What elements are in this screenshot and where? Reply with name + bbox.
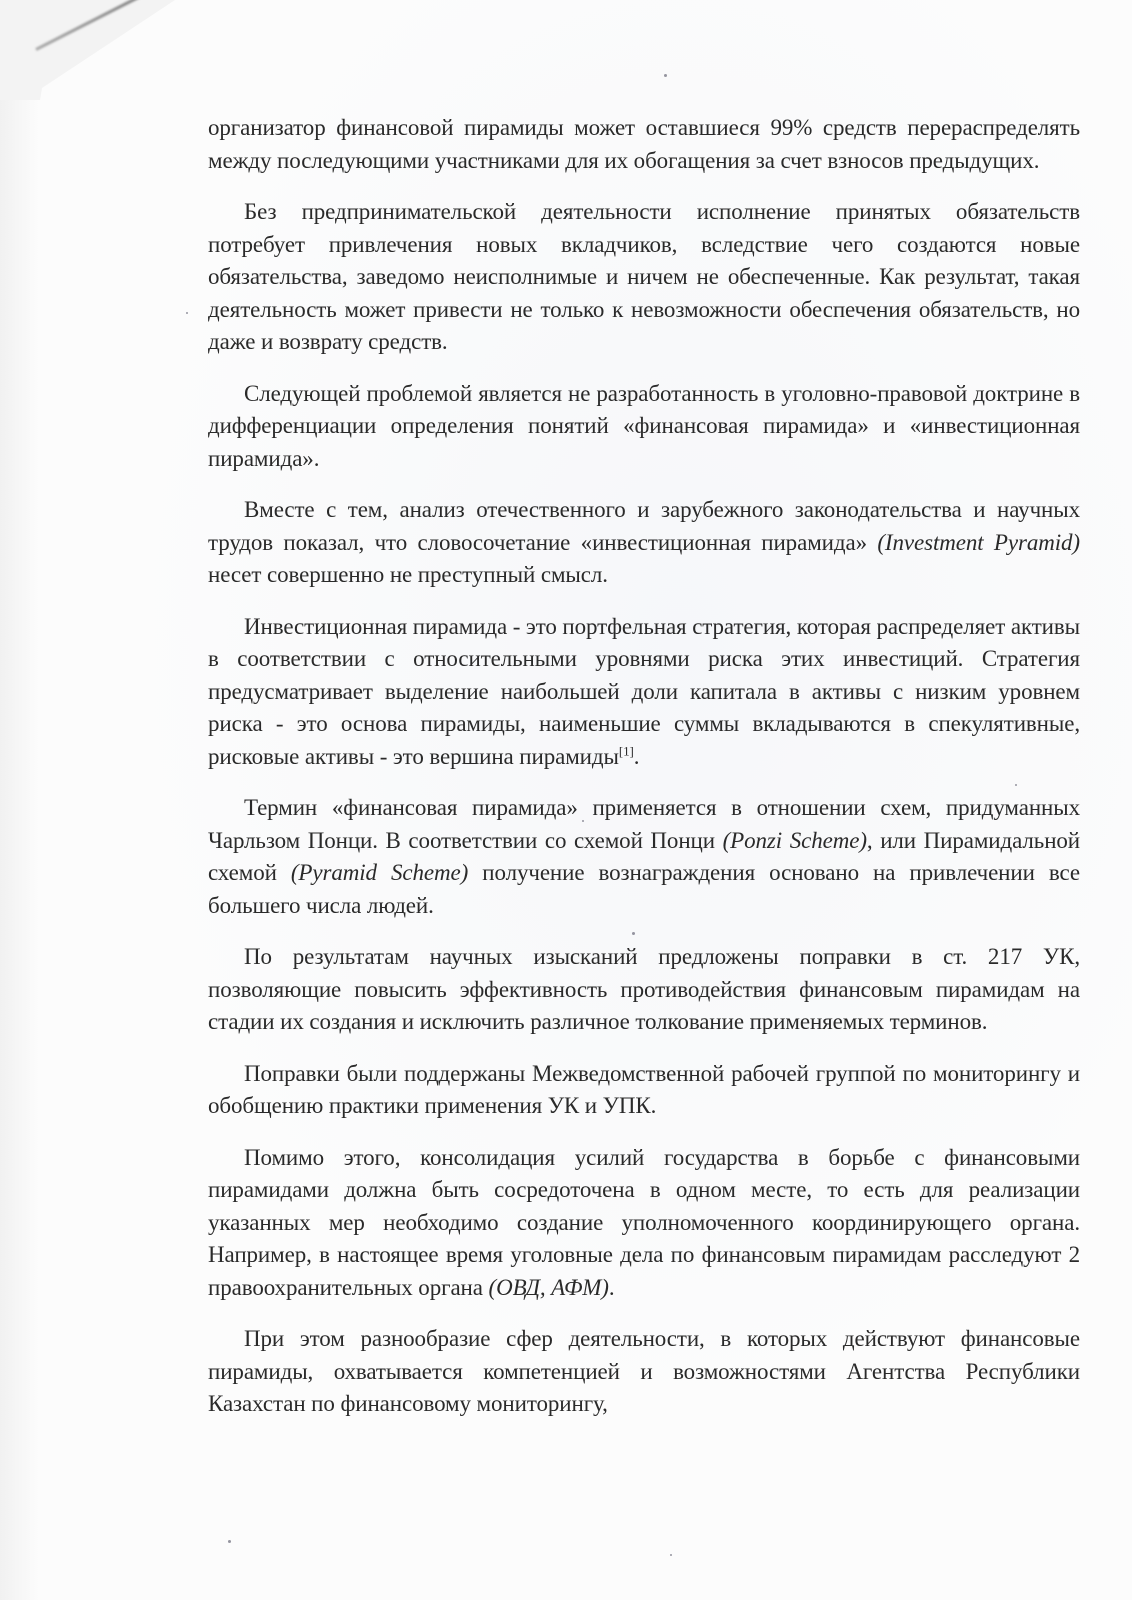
paragraph-text: . xyxy=(634,744,640,769)
scan-speck xyxy=(664,74,667,77)
scan-speck xyxy=(228,1540,231,1543)
page-edge-shadow xyxy=(0,85,40,1600)
scan-speck xyxy=(186,312,188,314)
paragraph-text: несет совершенно не преступный смысл. xyxy=(208,562,608,587)
paragraph-text: Поправки были поддержаны Межведомственно… xyxy=(208,1061,1080,1119)
paragraph-text: Следующей проблемой является не разработ… xyxy=(208,381,1080,471)
paragraph: Инвестиционная пирамида - это портфельна… xyxy=(208,611,1080,774)
paragraph: Поправки были поддержаны Межведомственно… xyxy=(208,1058,1080,1123)
english-term: (Pyramid Scheme) xyxy=(291,860,468,885)
paragraph-text: Без предпринимательской деятельности исп… xyxy=(208,199,1080,354)
paragraph-text: При этом разнообразие сфер деятельности,… xyxy=(208,1326,1080,1416)
scan-speck xyxy=(582,820,584,822)
footnote-reference: [1] xyxy=(619,743,634,758)
document-body: организатор финансовой пирамиды может ос… xyxy=(208,112,1080,1440)
paragraph: организатор финансовой пирамиды может ос… xyxy=(208,112,1080,177)
scanned-page: организатор финансовой пирамиды может ос… xyxy=(0,0,1132,1600)
scan-speck xyxy=(632,932,635,935)
paragraph-text: организатор финансовой пирамиды может ос… xyxy=(208,115,1080,173)
english-term: (Investment Pyramid) xyxy=(877,530,1080,555)
scan-speck xyxy=(1015,784,1017,786)
paragraph: Вместе с тем, анализ отечественного и за… xyxy=(208,494,1080,592)
paragraph: По результатам научных изысканий предлож… xyxy=(208,941,1080,1039)
paragraph-text: . xyxy=(609,1275,615,1300)
english-term: (Ponzi Scheme) xyxy=(723,828,867,853)
paragraph-text: Помимо этого, консолидация усилий госуда… xyxy=(208,1145,1080,1300)
paragraph-text: Инвестиционная пирамида - это портфельна… xyxy=(208,614,1080,769)
paragraph: При этом разнообразие сфер деятельности,… xyxy=(208,1323,1080,1421)
paragraph: Термин «финансовая пирамида» применяется… xyxy=(208,792,1080,922)
paragraph: Следующей проблемой является не разработ… xyxy=(208,378,1080,476)
agency-abbreviations: (ОВД, АФМ) xyxy=(489,1275,609,1300)
paragraph-text: По результатам научных изысканий предлож… xyxy=(208,944,1080,1034)
paragraph: Без предпринимательской деятельности исп… xyxy=(208,196,1080,359)
folded-corner xyxy=(0,0,200,100)
paragraph: Помимо этого, консолидация усилий госуда… xyxy=(208,1142,1080,1305)
scan-speck xyxy=(670,1554,672,1556)
